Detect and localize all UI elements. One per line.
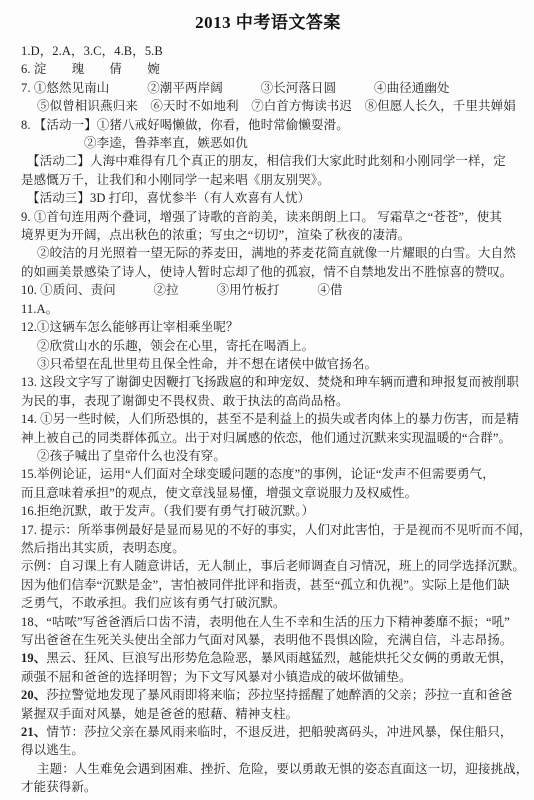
answer-line: 19、黑云、狂风、巨浪写出形势危急险恶，暴风雨越猛烈，越能烘托父女俩的勇敢无惧， <box>21 649 515 667</box>
answer-line: ⑤似曾相识燕归来 ⑥天时不如地利 ⑦白首方悔读书迟 ⑧但愿人长久，千里共婵娟 <box>21 97 515 115</box>
answer-line: ②李逵，鲁莽率直，嫉恶如仇 <box>21 134 515 152</box>
answer-line: 16.拒绝沉默，敢于发声。（我们要有勇气打破沉默。） <box>21 502 515 520</box>
page-title: 2013 中考语文答案 <box>21 8 515 33</box>
answer-line: 为民的事，表现了谢御史不畏权贵、敢于执法的高尚品格。 <box>21 392 515 410</box>
answer-line: 得以逃生。 <box>21 741 515 759</box>
answer-line: 写出爸爸在生死关头使出全部力气面对风暴，表明他不畏惧凶险，充满自信，斗志昂扬。 <box>21 631 515 649</box>
answer-line: 乏勇气，不敢承担。我们应该有勇气打破沉默。 <box>21 594 515 612</box>
answer-line: 才能获得新。 <box>21 778 515 796</box>
answer-line: 顽强不屈和爸爸的选择明智；为下文写风暴对小镇造成的破坏做铺垫。 <box>21 668 515 686</box>
answer-line: ②孩子喊出了皇帝什么也没有穿。 <box>21 447 515 465</box>
answer-number: 20、 <box>21 688 46 702</box>
answer-line: 9. ①首句连用两个叠词，增强了诗歌的音韵美，读来朗朗上口。 写霜草之“苍苍”，… <box>21 208 515 226</box>
answer-line: 因为他们信奉“沉默是金”，害怕被同伴批评和指责，甚至“孤立和仇视”。实际上是他们… <box>21 576 515 594</box>
answer-line: 7. ①悠然见南山 ②潮平两岸阔 ③长河落日圆 ④曲径通幽处 <box>21 79 515 97</box>
answer-line: 21、情节：莎拉父亲在暴风雨来临时，不退反进，把船驶离码头，冲进风暴，保住船只， <box>21 723 515 741</box>
answer-line: 是感慨万千，让我们和小刚同学一起来唱《朋友别哭》。 <box>21 171 515 189</box>
answer-line: 20、莎拉警觉地发现了暴风雨即将来临；莎拉坚持摇醒了她醉酒的父亲；莎拉一直和爸爸 <box>21 686 515 704</box>
answer-lines: 1.D，2.A，3.C，4.B，5.B6. 淀 瑰 倩 婉7. ①悠然见南山 ②… <box>21 42 515 797</box>
answer-number: 21、 <box>21 725 46 739</box>
answer-number: 19、 <box>21 651 46 665</box>
answer-line: 紧握双手面对风暴，她是爸爸的慰藉、精神支柱。 <box>21 705 515 723</box>
answer-line: 15.举例论证，运用“人们面对全球变暖问题的态度”的事例，论证“发声不但需要勇气… <box>21 465 515 483</box>
answer-line: ②欣赏山水的乐趣，领会在心里，寄托在喝酒上。 <box>21 337 515 355</box>
answer-line: 8. 【活动一】①猪八戒好喝懒做，你看，他时常偷懒耍滑。 <box>21 116 515 134</box>
answer-line: 12.①这辆车怎么能够再让宰相乘坐呢？ <box>21 318 515 336</box>
document-page: 2013 中考语文答案 1.D，2.A，3.C，4.B，5.B6. 淀 瑰 倩 … <box>0 0 534 800</box>
answer-line: 的如画美景感染了诗人，使诗人暂时忘却了他的孤寂，情不自禁地发出不胜惊喜的赞叹。 <box>21 263 515 281</box>
answer-line: 然后指出其实质，表明态度。 <box>21 539 515 557</box>
answer-line: 1.D，2.A，3.C，4.B，5.B <box>21 42 515 60</box>
answer-line: ③只希望在乱世里苟且保全性命，并不想在诸侯中做官扬名。 <box>21 355 515 373</box>
answer-line: 6. 淀 瑰 倩 婉 <box>21 60 515 78</box>
answer-line: 而且意味着承担”的观点，使文章浅显易懂，增强文章说服力及权威性。 <box>21 484 515 502</box>
answer-line: 11.A。 <box>21 300 515 318</box>
answer-line: 17. 提示：所举事例最好是显而易见的不好的事实，人们对此害怕，于是视而不见听而… <box>21 521 515 539</box>
answer-line: 10. ①质问、责问 ②拉 ③用竹板打 ④借 <box>21 281 515 299</box>
answer-line: 境界更为开阔，点出秋色的浓重；写虫之“切切”，渲染了秋夜的凄清。 <box>21 226 515 244</box>
answer-line: 14. ①另一些时候，人们所恐惧的，甚至不是利益上的损失或者肉体上的暴力伤害，而… <box>21 410 515 428</box>
answer-line: ②皎洁的月光照着一望无际的荞麦田，满地的荞麦花简直就像一片耀眼的白雪。大自然 <box>21 244 515 262</box>
answer-line: 神上被自己的同类群体孤立。出于对归属感的依恋，他们通过沉默来实现温暖的“合群”。 <box>21 429 515 447</box>
answer-line: 示例：自习课上有人随意讲话，无人制止，事后老师调查自习情况，班上的同学选择沉默。 <box>21 557 515 575</box>
answer-line: 13. 这段文字写了谢御史因鞭打飞扬跋扈的和珅宠奴、焚烧和珅车辆而遭和珅报复而被… <box>21 373 515 391</box>
answer-line: 【活动二】人海中难得有几个真正的朋友，相信我们大家此时此刻和小刚同学一样，定 <box>21 152 515 170</box>
answer-line: 【活动三】3D 打印，喜忧参半（有人欢喜有人忧） <box>21 189 515 207</box>
answer-line: 主题：人生难免会遇到困难、挫折、危险，要以勇敢无惧的姿态直面这一切，迎接挑战， <box>21 760 515 778</box>
answer-line: 18、“咕哝”写爸爸酒后口齿不清，表明他在人生不幸和生活的压力下精神萎靡不振；“… <box>21 613 515 631</box>
